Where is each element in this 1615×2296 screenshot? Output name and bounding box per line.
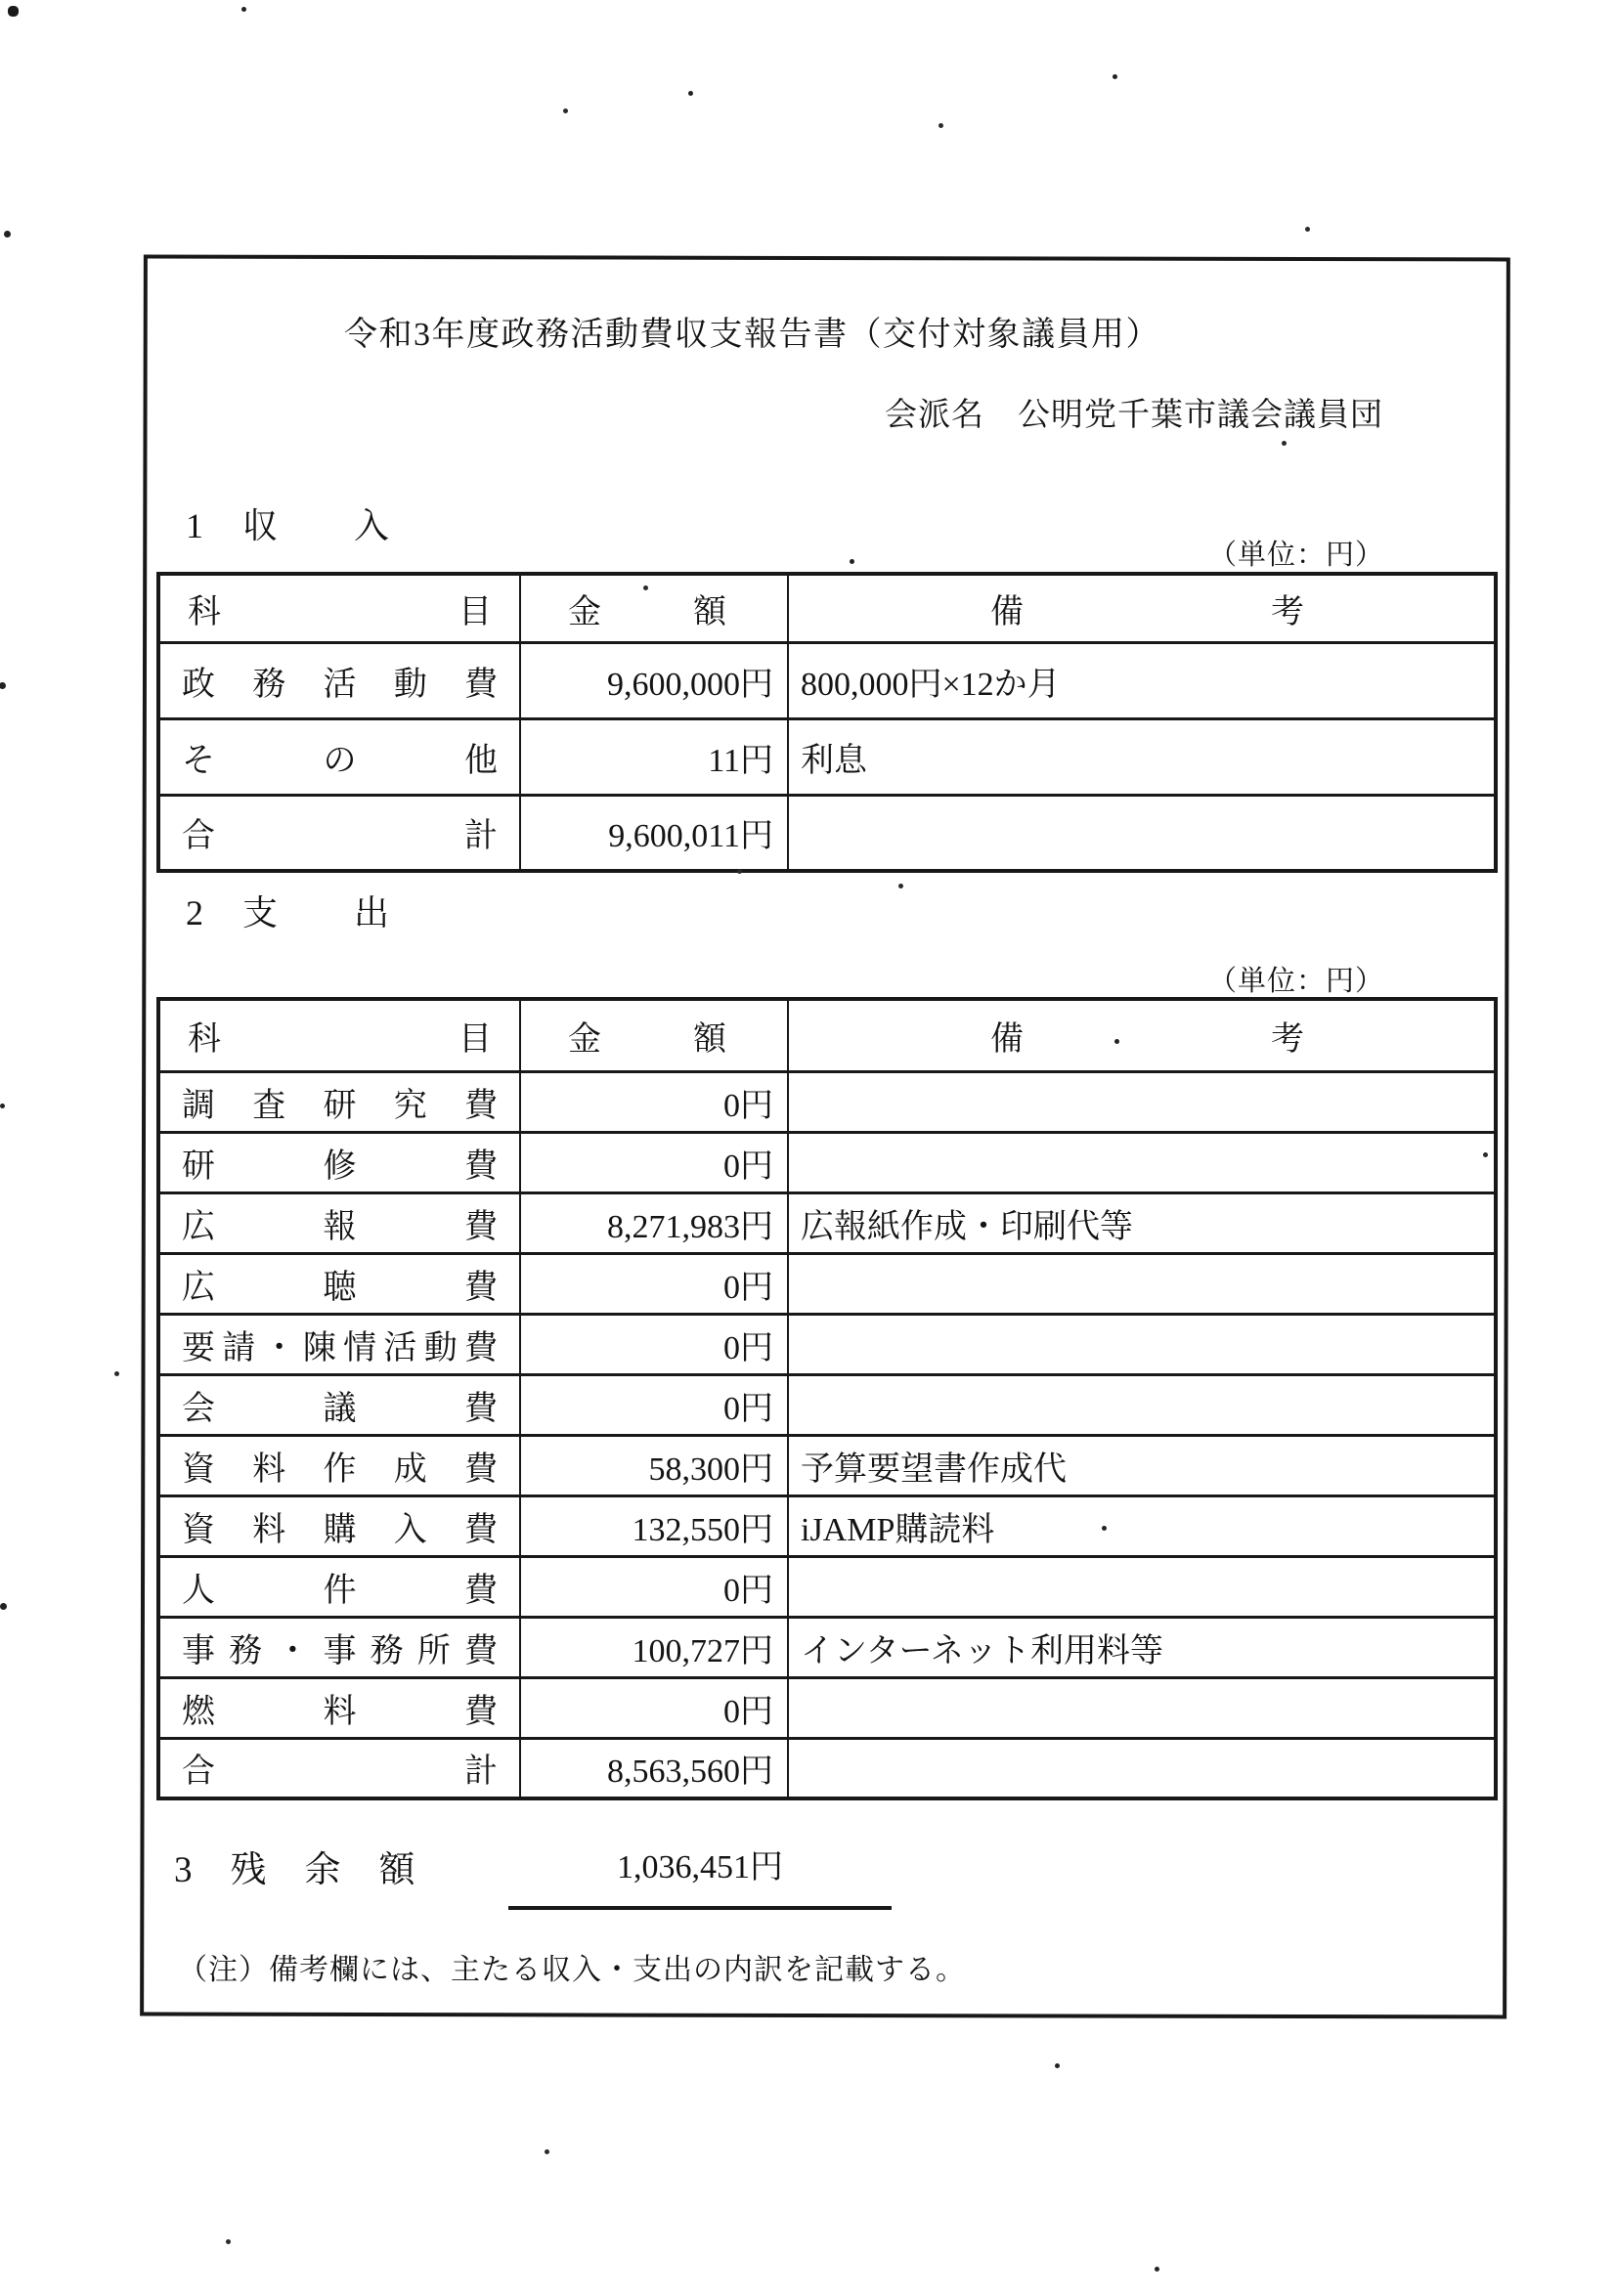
item-cell: その他 [158, 718, 520, 795]
remarks-cell: 広報紙作成・印刷代等 [788, 1192, 1496, 1253]
item-cell: 人件費 [158, 1556, 520, 1617]
header-remarks-cell: 備考 [788, 574, 1496, 642]
table-row: 研修費 0円 [158, 1132, 1496, 1192]
table-row: 要請・陳情活動費 0円 [158, 1314, 1496, 1374]
remarks-cell [788, 1071, 1496, 1132]
scan-noise-specks [0, 0, 3, 3]
footnote: （注）備考欄には、主たる収入・支出の内訳を記載する。 [178, 1945, 966, 1988]
amount-cell: 8,563,560円 [520, 1738, 788, 1798]
amount-cell: 132,550円 [520, 1495, 788, 1556]
amount-cell: 58,300円 [520, 1435, 788, 1495]
remainder-amount: 1,036,451円 [508, 1836, 892, 1910]
item-cell: 広報費 [158, 1192, 520, 1253]
remarks-cell [788, 1374, 1496, 1435]
remarks-cell [788, 1677, 1496, 1738]
remarks-cell [788, 795, 1496, 871]
header-remarks-cell: 備考 [788, 999, 1496, 1071]
item-cell: 要請・陳情活動費 [158, 1314, 520, 1374]
remarks-cell [788, 1314, 1496, 1374]
item-cell: 政務活動費 [158, 642, 520, 718]
remarks-cell: 利息 [788, 718, 1496, 795]
income-table: 科目 金額 備考 政務活動費 9,600,000円 800,000円×12か月 … [156, 572, 1498, 873]
income-section-heading: 1 収 入 [186, 498, 391, 548]
header-item-cell: 科目 [158, 574, 520, 642]
amount-cell: 0円 [520, 1253, 788, 1314]
header-item-cell: 科目 [158, 999, 520, 1071]
expense-section-heading: 2 支 出 [186, 886, 391, 935]
remarks-cell: iJAMP購読料 [788, 1495, 1496, 1556]
table-row: その他 11円 利息 [158, 718, 1496, 795]
table-row: 資料作成費 58,300円 予算要望書作成代 [158, 1435, 1496, 1495]
amount-cell: 0円 [520, 1677, 788, 1738]
faction-name: 会派名 公明党千葉市議会議員団 [885, 389, 1383, 435]
amount-cell: 9,600,011円 [520, 795, 788, 871]
expense-unit-label: （単位：円） [1208, 959, 1384, 999]
item-cell: 燃料費 [158, 1677, 520, 1738]
remarks-cell [788, 1253, 1496, 1314]
income-header-row: 科目 金額 備考 [158, 574, 1496, 642]
item-cell: 調査研究費 [158, 1071, 520, 1132]
table-row: 燃料費 0円 [158, 1677, 1496, 1738]
expense-table: 科目 金額 備考 調査研究費 0円 研修費 0円 広報費 8,271,983円 … [156, 997, 1498, 1800]
table-row: 事務・事務所費 100,727円 インターネット利用料等 [158, 1617, 1496, 1677]
amount-cell: 8,271,983円 [520, 1192, 788, 1253]
item-cell: 研修費 [158, 1132, 520, 1192]
item-cell: 会議費 [158, 1374, 520, 1435]
table-row: 人件費 0円 [158, 1556, 1496, 1617]
remarks-cell: インターネット利用料等 [788, 1617, 1496, 1677]
amount-cell: 0円 [520, 1374, 788, 1435]
remarks-cell: 800,000円×12か月 [788, 642, 1496, 718]
expense-header-row: 科目 金額 備考 [158, 999, 1496, 1071]
amount-cell: 9,600,000円 [520, 642, 788, 718]
amount-cell: 100,727円 [520, 1617, 788, 1677]
item-cell: 合計 [158, 795, 520, 871]
table-row: 政務活動費 9,600,000円 800,000円×12か月 [158, 642, 1496, 718]
header-amount-cell: 金額 [520, 574, 788, 642]
table-row: 会議費 0円 [158, 1374, 1496, 1435]
amount-cell: 11円 [520, 718, 788, 795]
remainder-heading: 3 残 余 額 [174, 1840, 416, 1892]
table-row: 合計 8,563,560円 [158, 1738, 1496, 1798]
income-unit-label: （単位：円） [1208, 533, 1384, 573]
amount-cell: 0円 [520, 1071, 788, 1132]
item-cell: 資料購入費 [158, 1495, 520, 1556]
table-row: 資料購入費 132,550円 iJAMP購読料 [158, 1495, 1496, 1556]
table-row: 合計 9,600,011円 [158, 795, 1496, 871]
remarks-cell [788, 1738, 1496, 1798]
amount-cell: 0円 [520, 1132, 788, 1192]
table-row: 広聴費 0円 [158, 1253, 1496, 1314]
amount-cell: 0円 [520, 1556, 788, 1617]
remarks-cell: 予算要望書作成代 [788, 1435, 1496, 1495]
remarks-cell [788, 1556, 1496, 1617]
page-title: 令和3年度政務活動費収支報告書（交付対象議員用） [344, 307, 1160, 355]
table-row: 調査研究費 0円 [158, 1071, 1496, 1132]
header-amount-cell: 金額 [520, 999, 788, 1071]
item-cell: 事務・事務所費 [158, 1617, 520, 1677]
item-cell: 広聴費 [158, 1253, 520, 1314]
item-cell: 合計 [158, 1738, 520, 1798]
scanned-report-page: 令和3年度政務活動費収支報告書（交付対象議員用） 会派名 公明党千葉市議会議員団… [0, 0, 1615, 2296]
table-row: 広報費 8,271,983円 広報紙作成・印刷代等 [158, 1192, 1496, 1253]
amount-cell: 0円 [520, 1314, 788, 1374]
remarks-cell [788, 1132, 1496, 1192]
item-cell: 資料作成費 [158, 1435, 520, 1495]
